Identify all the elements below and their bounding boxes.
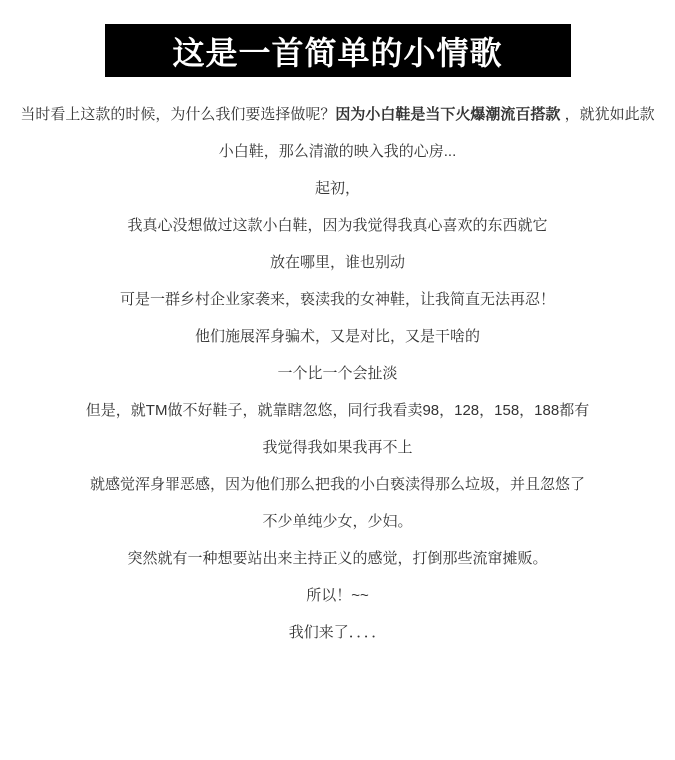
body-line: 我们来了．．．． bbox=[20, 614, 655, 651]
body-line: 所以！~~ bbox=[20, 577, 655, 614]
intro-text-line2: 小白鞋，那么清澈的映入我的心房... bbox=[219, 143, 457, 160]
body-line: 我觉得我如果我再不上 bbox=[20, 429, 655, 466]
body-line: 放在哪里，谁也别动 bbox=[20, 244, 655, 281]
intro-text-start: 当时看上这款的时候，为什么我们要选择做呢？ bbox=[20, 106, 335, 123]
body-line: 但是，就TM做不好鞋子，就靠瞎忽悠，同行我看卖98，128，158，188都有 bbox=[20, 392, 655, 429]
body-line: 突然就有一种想要站出来主持正义的感觉，打倒那些流窜摊贩。 bbox=[20, 540, 655, 577]
body-line: 就感觉浑身罪恶感，因为他们那么把我的小白亵渎得那么垃圾，并且忽悠了 bbox=[20, 466, 655, 503]
page-title: 这是一首简单的小情歌 bbox=[172, 28, 502, 74]
intro-paragraph: 当时看上这款的时候，为什么我们要选择做呢？因为小白鞋是当下火爆潮流百搭款 ，就犹… bbox=[20, 96, 655, 170]
intro-highlight-text: 因为小白鞋是当下火爆潮流百搭款 bbox=[335, 106, 560, 123]
body-line: 他们施展浑身骗术，又是对比，又是干啥的 bbox=[20, 318, 655, 355]
story-content: 当时看上这款的时候，为什么我们要选择做呢？因为小白鞋是当下火爆潮流百搭款 ，就犹… bbox=[20, 96, 655, 651]
body-line: 可是一群乡村企业家袭来，亵渎我的女神鞋，让我简直无法再忍！ bbox=[20, 281, 655, 318]
title-banner: 这是一首简单的小情歌 bbox=[105, 24, 571, 77]
intro-text-end: ，就犹如此款 bbox=[560, 106, 654, 123]
body-line: 不少单纯少女，少妇。 bbox=[20, 503, 655, 540]
body-line: 起初， bbox=[20, 170, 655, 207]
body-line: 我真心没想做过这款小白鞋，因为我觉得我真心喜欢的东西就它 bbox=[20, 207, 655, 244]
body-line: 一个比一个会扯淡 bbox=[20, 355, 655, 392]
